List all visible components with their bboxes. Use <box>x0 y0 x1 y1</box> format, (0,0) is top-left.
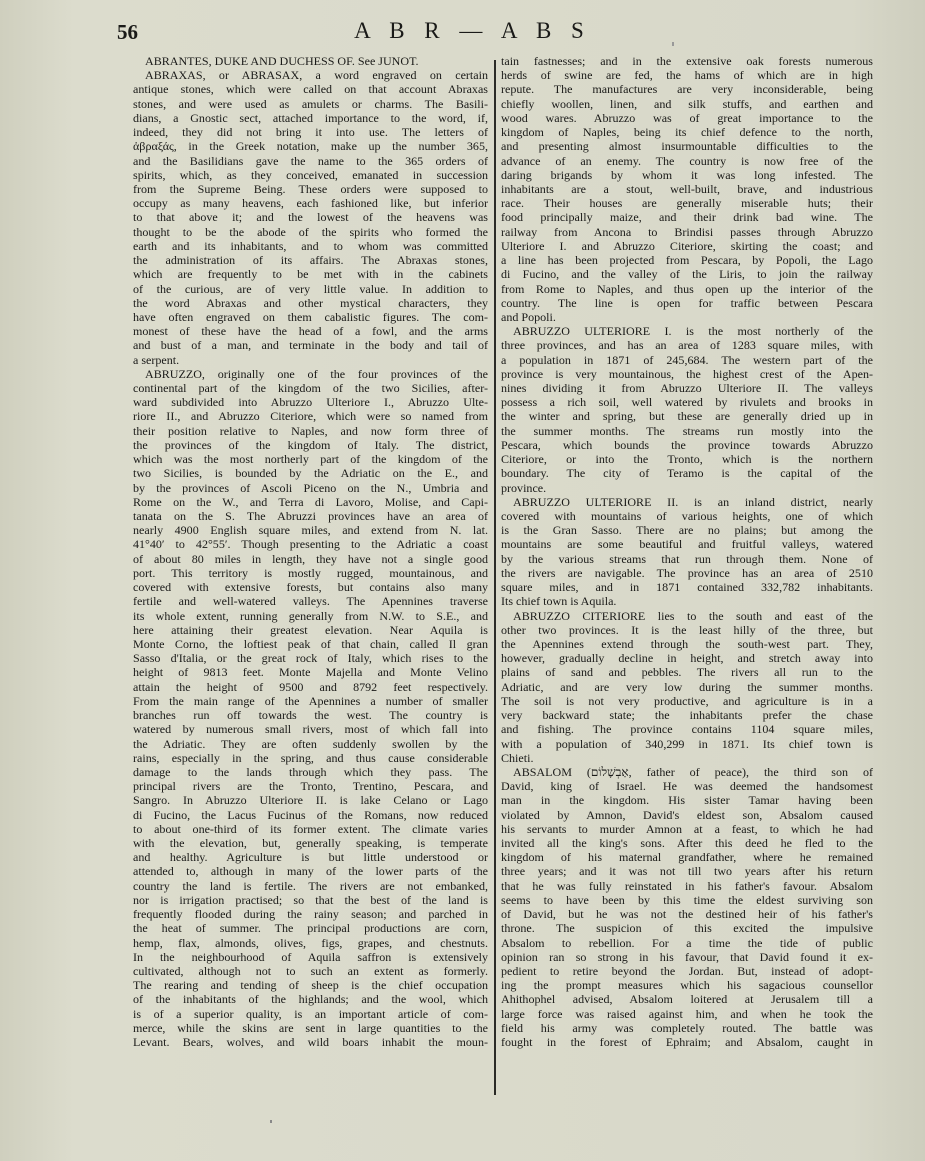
text-line: by the various streams that run through … <box>501 552 873 566</box>
text-line: mountains are some beautiful and fruitfu… <box>501 537 873 551</box>
text-line: ABRAXAS, or ABRASAX, a word engraved on … <box>133 68 488 82</box>
text-line: invited all the king's sons. After this … <box>501 836 873 850</box>
text-line: attended to, although in many of the low… <box>133 864 488 878</box>
text-line: Ahithophel advised, Absalom loitered at … <box>501 992 873 1006</box>
left-column: ABRANTES, DUKE AND DUCHESS OF. See JUNOT… <box>133 54 488 1049</box>
text-line: Ulteriore I. and Abruzzo Citeriore, skir… <box>501 239 873 253</box>
text-line: the Adriatic. They are often suddenly sw… <box>133 737 488 751</box>
text-line: the administration of its affairs. The A… <box>133 253 488 267</box>
text-line: of David, but he was not the destined he… <box>501 907 873 921</box>
text-line: seems to have been by this time the elde… <box>501 893 873 907</box>
text-line: his servants to murder Amnon at a feast,… <box>501 822 873 836</box>
text-line: spirits, which, as they conceived, emana… <box>133 168 488 182</box>
text-line: is the Gran Sasso. There are no plains; … <box>501 523 873 537</box>
text-line: country the land is fertile. The rivers … <box>133 879 488 893</box>
text-line: which was the most northerly part of the… <box>133 452 488 466</box>
text-line: herds of swine are fed, the hams of whic… <box>501 68 873 82</box>
text-line: the Apennines extend through the south-w… <box>501 637 873 651</box>
text-line: antique stones, which were called on tha… <box>133 82 488 96</box>
text-line: The soil is not very productive, and agr… <box>501 694 873 708</box>
text-line: riore II., and Abruzzo Citeriore, which … <box>133 409 488 423</box>
text-line: wood wares. Abruzzo was of great importa… <box>501 111 873 125</box>
text-line: ward subdivided into Abruzzo Ulteriore I… <box>133 395 488 409</box>
text-line: province. <box>501 481 873 495</box>
text-line: Its chief town is Aquila. <box>501 594 873 608</box>
text-line: race. Their houses are generally miserab… <box>501 196 873 210</box>
text-line: field his army was completely routed. Th… <box>501 1021 873 1035</box>
text-line: of the curious, are of very little value… <box>133 282 488 296</box>
text-line: chiefly woollen, linen, and silk stuffs,… <box>501 97 873 111</box>
text-line: inhabitants are a stout, well-built, bra… <box>501 182 873 196</box>
text-line: branches run off towards the west. The c… <box>133 708 488 722</box>
running-head: A B R — A B S <box>0 18 925 44</box>
text-line: and healthy. Agriculture is but little u… <box>133 850 488 864</box>
text-line: merce, while the skins are sent in large… <box>133 1021 488 1035</box>
text-line: hemp, flax, almonds, olives, figs, grape… <box>133 936 488 950</box>
column-divider <box>494 60 496 1095</box>
text-line: the rivers are navigable. The province h… <box>501 566 873 580</box>
text-line: the winter and spring, but these are gen… <box>501 409 873 423</box>
text-line: ἀβραξάς, in the Greek notation, make up … <box>133 139 488 153</box>
text-line: stones, and were used as amulets or char… <box>133 97 488 111</box>
text-line: throne. The suspicion of this excited th… <box>501 921 873 935</box>
text-line: Adriatic, and are very low during the su… <box>501 680 873 694</box>
text-line: to about one-third of its former extent.… <box>133 822 488 836</box>
scan-speck <box>270 1120 272 1123</box>
text-line: and bust of a man, and terminate in the … <box>133 338 488 352</box>
text-line: the summer months. The streams run mostl… <box>501 424 873 438</box>
text-line: and Popoli. <box>501 310 873 324</box>
text-line: dians, a Gnostic sect, attached importan… <box>133 111 488 125</box>
text-line: which are frequently to be met with in t… <box>133 267 488 281</box>
text-line: tanata on the S. The Abruzzi provinces h… <box>133 509 488 523</box>
text-line: From the main range of the Apennines a n… <box>133 694 488 708</box>
text-line: kingdom of his maternal grandfather, whe… <box>501 850 873 864</box>
text-line: other two provinces. It is the least hil… <box>501 623 873 637</box>
text-line: a serpent. <box>133 353 488 367</box>
text-line: from Rome to Naples, and thus open up th… <box>501 282 873 296</box>
text-line: nor is irrigation practised; so that the… <box>133 893 488 907</box>
text-line: is of a superior quality, is an importan… <box>133 1007 488 1021</box>
text-line: principal rivers are the Tronto, Trentin… <box>133 779 488 793</box>
text-line: of about 80 miles in length, they have n… <box>133 552 488 566</box>
text-line: and the Basilidians gave the name to the… <box>133 154 488 168</box>
text-line: ABRANTES, DUKE AND DUCHESS OF. See JUNOT… <box>133 54 488 68</box>
text-line: man in the kingdom. His sister Tamar hav… <box>501 793 873 807</box>
right-column: tain fastnesses; and in the extensive oa… <box>501 54 873 1049</box>
text-line: occupy as many heavens, each fashioned l… <box>133 196 488 210</box>
text-line: kingdom of Naples, being its chief defen… <box>501 125 873 139</box>
text-line: covered with extensive forests, but cont… <box>133 580 488 594</box>
text-line: railway from Ancona to Brindisi passes t… <box>501 225 873 239</box>
text-line: and presenting almost insurmountable dif… <box>501 139 873 153</box>
text-line: a line has been projected from Pescara, … <box>501 253 873 267</box>
text-line: covered with mountains of various height… <box>501 509 873 523</box>
text-line: its whole extent, running generally from… <box>133 609 488 623</box>
text-line: Monte Corno, the loftiest peak of that c… <box>133 637 488 651</box>
text-line: Sasso d'Italia, or the great rock of Ita… <box>133 651 488 665</box>
text-line: ABRUZZO ULTERIORE I. is the most norther… <box>501 324 873 338</box>
text-line: a population in 1871 of 245,684. The wes… <box>501 353 873 367</box>
text-line: fought in the forest of Ephraim; and Abs… <box>501 1035 873 1049</box>
text-line: di Fucino, the Lacus Fucinus of the Roma… <box>133 808 488 822</box>
text-line: however, gradually decline in height, an… <box>501 651 873 665</box>
text-line: ABSALOM (אַבְשָׁלוֹם, father of peace), … <box>501 765 873 779</box>
text-line: di Fucino, and the valley of the Liris, … <box>501 267 873 281</box>
text-line: square miles, and in 1871 contained 332,… <box>501 580 873 594</box>
text-line: very backward state; the inhabitants pre… <box>501 708 873 722</box>
text-line: Citeriore, or into the Tronto, which is … <box>501 452 873 466</box>
text-line: watered by numerous small rivers, most o… <box>133 722 488 736</box>
text-line: daring brigands by whom it was long infe… <box>501 168 873 182</box>
text-line: ing the prompt measures which his sagaci… <box>501 978 873 992</box>
text-line: port. This territory is mostly rugged, m… <box>133 566 488 580</box>
text-line: fertile and well-watered valleys. The Ap… <box>133 594 488 608</box>
text-line: with a population of 340,299 in 1871. It… <box>501 737 873 751</box>
text-line: here attaining their greatest elevation.… <box>133 623 488 637</box>
text-line: violated by Amnon, David's eldest son, A… <box>501 808 873 822</box>
text-line: from the Supreme Being. These orders wer… <box>133 182 488 196</box>
text-line: three provinces, and has an area of 1283… <box>501 338 873 352</box>
text-line: continental part of the kingdom of the t… <box>133 381 488 395</box>
text-line: attain the height of 9500 and 8792 feet … <box>133 680 488 694</box>
text-line: have often engraved on them cabalistic f… <box>133 310 488 324</box>
text-line: their position relative to Naples, and n… <box>133 424 488 438</box>
text-line: advance of an enemy. The country is now … <box>501 154 873 168</box>
text-line: ABRUZZO ULTERIORE II. is an inland distr… <box>501 495 873 509</box>
text-line: David, king of Israel. He was deemed the… <box>501 779 873 793</box>
text-line: damage to the lands through which they p… <box>133 765 488 779</box>
text-line: and fishing. The province contains 1104 … <box>501 722 873 736</box>
text-line: to that above it; and the lowest of the … <box>133 210 488 224</box>
text-line: Rome on the W., and Terra di Lavoro, Mol… <box>133 495 488 509</box>
text-line: opinion ran so strong in his favour, tha… <box>501 950 873 964</box>
text-line: repute. The manufactures are very incons… <box>501 82 873 96</box>
text-line: indeed, they did not bring it into use. … <box>133 125 488 139</box>
text-line: food principally maize, and their drink … <box>501 210 873 224</box>
text-line: cultivated, although not to such an exte… <box>133 964 488 978</box>
text-line: monest of these have the head of a fowl,… <box>133 324 488 338</box>
text-line: Pescara, which bounds the province towar… <box>501 438 873 452</box>
text-line: ABRUZZO, originally one of the four prov… <box>133 367 488 381</box>
text-line: the provinces of the kingdom of Italy. T… <box>133 438 488 452</box>
text-line: boundary. The city of Teramo is the capi… <box>501 466 873 480</box>
text-line: three years; and it was not till two yea… <box>501 864 873 878</box>
text-line: possess a rich soil, well watered by riv… <box>501 395 873 409</box>
text-line: that he was fully reinstated in his fath… <box>501 879 873 893</box>
text-line: the word Abraxas and other mystical char… <box>133 296 488 310</box>
text-line: Levant. Bears, wolves, and wild boars in… <box>133 1035 488 1049</box>
text-line: plains of sand and pebbles. The rivers a… <box>501 665 873 679</box>
text-line: Sangro. In Abruzzo Ulteriore II. is lake… <box>133 793 488 807</box>
text-line: two Sicilies, is bounded by the Adriatic… <box>133 466 488 480</box>
text-line: nearly 4900 English square miles, and ex… <box>133 523 488 537</box>
text-line: pedient to retire beyond the Jordan. But… <box>501 964 873 978</box>
text-line: Absalom to rebellion. For a time the tid… <box>501 936 873 950</box>
text-line: The rearing and tending of sheep is the … <box>133 978 488 992</box>
text-line: 41°40′ to 42°55′. Though presenting to t… <box>133 537 488 551</box>
text-line: height of 9813 feet. Monte Majella and M… <box>133 665 488 679</box>
text-line: by the provinces of Ascoli Piceno on the… <box>133 481 488 495</box>
text-line: earth and its inhabitants, and to whom w… <box>133 239 488 253</box>
text-line: with the elevation, but, generally speak… <box>133 836 488 850</box>
text-line: province is very mountainous, the highes… <box>501 367 873 381</box>
text-line: In the neighbourhood of Aquila saffron i… <box>133 950 488 964</box>
text-line: the heat of summer. The principal produc… <box>133 921 488 935</box>
text-line: tain fastnesses; and in the extensive oa… <box>501 54 873 68</box>
text-line: rains, especially in the spring, and thu… <box>133 751 488 765</box>
text-line: of the inhabitants of the highlands; and… <box>133 992 488 1006</box>
scan-speck <box>672 42 674 46</box>
text-line: Chieti. <box>501 751 873 765</box>
text-line: nines dividing it from Abruzzo Ulteriore… <box>501 381 873 395</box>
text-line: frequently flooded during the rainy seas… <box>133 907 488 921</box>
text-line: large force was raised against him, and … <box>501 1007 873 1021</box>
text-line: country. The line is open for traffic be… <box>501 296 873 310</box>
text-line: ABRUZZO CITERIORE lies to the south and … <box>501 609 873 623</box>
text-line: thought to be the abode of the spirits w… <box>133 225 488 239</box>
